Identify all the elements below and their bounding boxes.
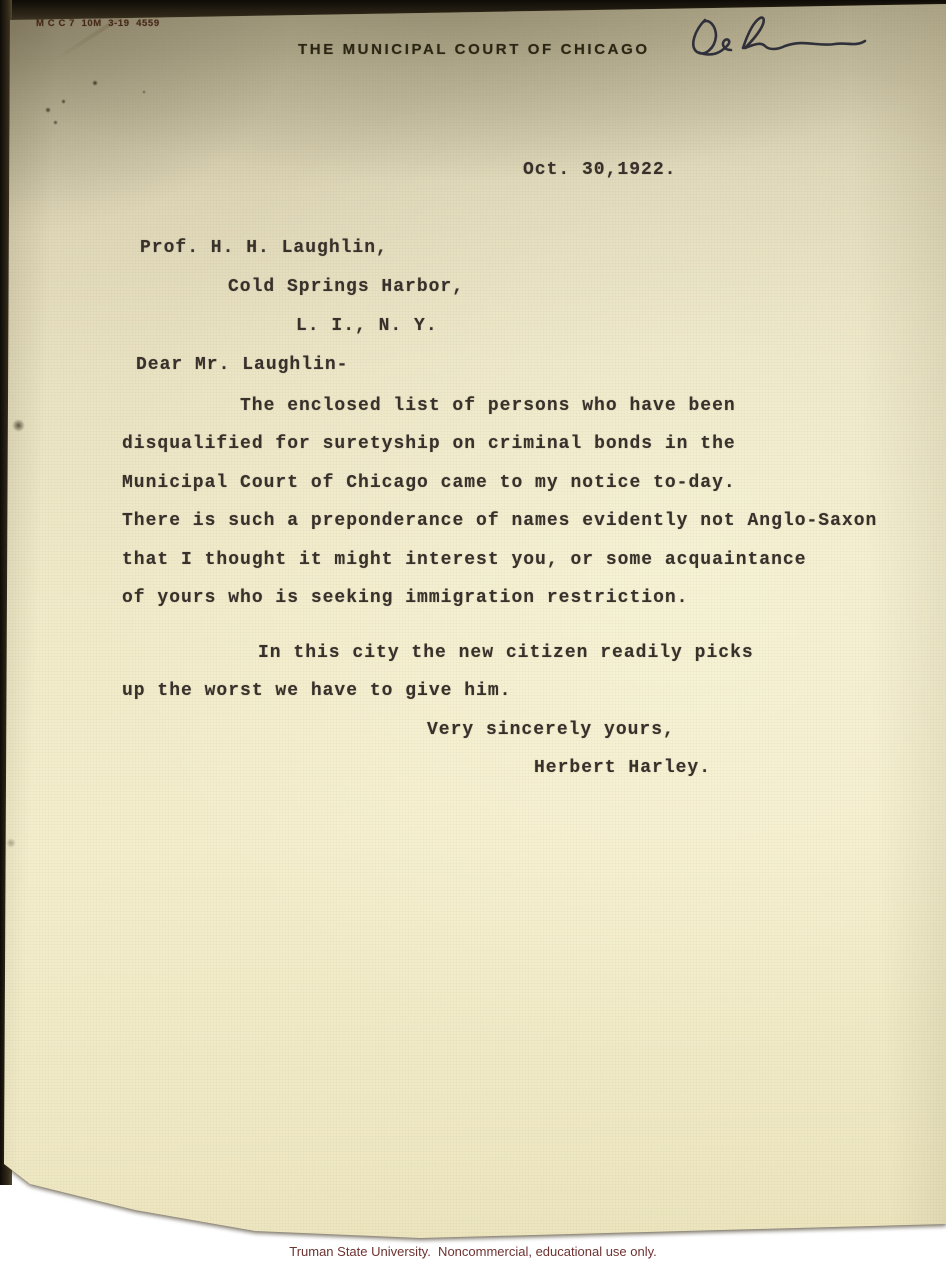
recipient-name-line: Prof. H. H. Laughlin, — [140, 238, 388, 258]
body-line: of yours who is seeking immigration rest… — [122, 588, 688, 608]
body-line: There is such a preponderance of names e… — [122, 511, 877, 531]
body-line: Municipal Court of Chicago came to my no… — [122, 473, 736, 493]
paper-stain — [142, 90, 146, 94]
recipient-address-line: Cold Springs Harbor, — [228, 277, 464, 297]
recipient-state-line: L. I., N. Y. — [296, 316, 438, 336]
paper-stain — [6, 838, 16, 848]
body-line: up the worst we have to give him. — [122, 681, 511, 701]
salutation-line: Dear Mr. Laughlin- — [136, 355, 348, 375]
body-line: The enclosed list of persons who have be… — [240, 396, 736, 416]
letterhead-title: THE MUNICIPAL COURT OF CHICAGO — [298, 41, 650, 58]
signature-line: Herbert Harley. — [534, 758, 711, 778]
paper-crease — [54, 0, 228, 62]
scanned-letter-screen: M C C 7 10M 3-19 4559 THE MUNICIPAL COUR… — [0, 0, 946, 1265]
body-line: In this city the new citizen readily pic… — [258, 643, 754, 663]
handwritten-note-desk-icon — [685, 12, 880, 64]
paper-stain — [45, 107, 51, 113]
date-line: Oct. 30,1922. — [523, 160, 676, 180]
body-line: disqualified for suretyship on criminal … — [122, 434, 736, 454]
paper-stain — [12, 419, 25, 432]
paper-stain — [92, 80, 98, 86]
form-number-stamp: M C C 7 10M 3-19 4559 — [36, 18, 160, 29]
paper-wrapper: M C C 7 10M 3-19 4559 THE MUNICIPAL COUR… — [0, 0, 946, 1245]
letter-page: M C C 7 10M 3-19 4559 THE MUNICIPAL COUR… — [0, 0, 946, 1242]
attribution-footer: Truman State University. Noncommercial, … — [0, 1244, 946, 1259]
paper-stain — [61, 99, 66, 104]
closing-line: Very sincerely yours, — [427, 720, 675, 740]
paper-stain — [53, 120, 58, 125]
body-line: that I thought it might interest you, or… — [122, 550, 807, 570]
